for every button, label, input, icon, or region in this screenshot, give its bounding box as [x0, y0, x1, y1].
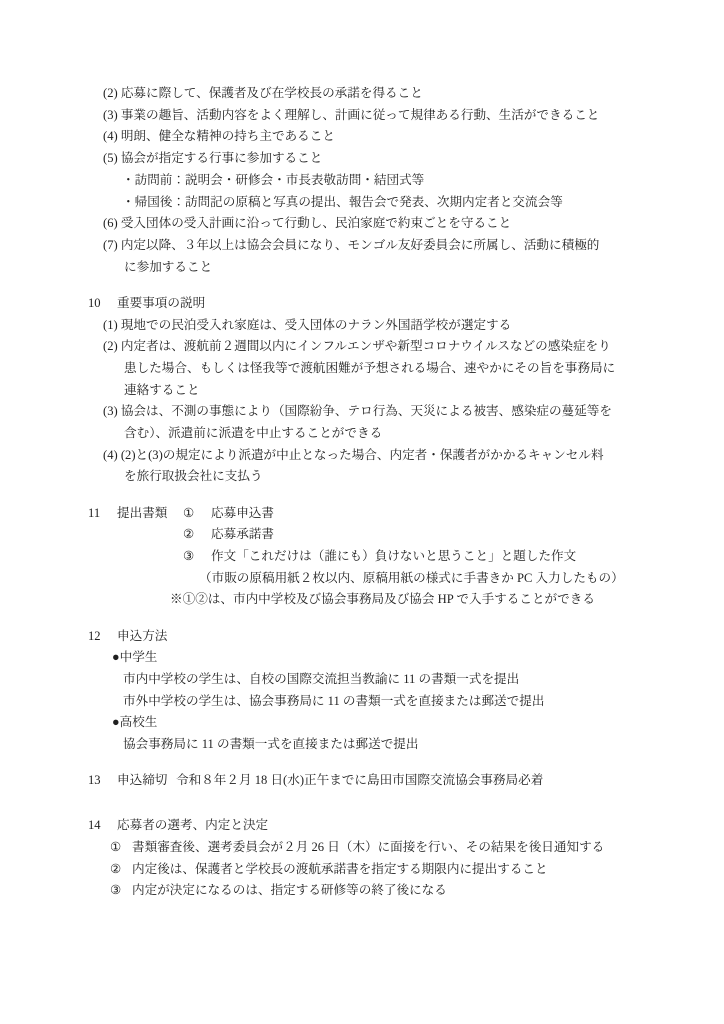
document-2-label: 応募承諾書: [211, 527, 274, 541]
eligibility-item-7: (7) 内定以降、３年以上は協会会員になり、モンゴル友好委員会に所属し、活動に積…: [103, 235, 724, 257]
section-10-item-2-cont: 患した場合、もしくは怪我等で渡航困難が予想される場合、速やかにその旨を事務局に: [124, 358, 724, 380]
document-page: (2) 応募に際して、保護者及び在学校長の承諾を得ること (3) 事業の趣旨、活…: [0, 0, 724, 1024]
section-10-title: 重要事項の説明: [117, 296, 205, 310]
eligibility-item-5-before: ・訪問前：説明会・研修会・市長表敬訪問・結団式等: [122, 170, 724, 192]
group-high-school-label: ●高校生: [112, 712, 724, 734]
document-1-label: 応募申込書: [211, 506, 274, 520]
section-13-deadline: 令和８年２月 18 日(水)正午までに島田市国際交流協会事務局必着: [176, 773, 543, 787]
section-13-number: 13: [88, 770, 117, 792]
section-14-number: 14: [88, 815, 117, 837]
section-13-title: 申込締切: [117, 770, 176, 792]
eligibility-item-5-after: ・帰国後：訪問記の原稿と写真の提出、報告会で発表、次期内定者と交流会等: [122, 192, 724, 214]
group-junior-high-label: ●中学生: [112, 647, 724, 669]
document-body: (2) 応募に際して、保護者及び在学校長の承諾を得ること (3) 事業の趣旨、活…: [0, 83, 724, 902]
section-10-item-3-cont: 含む）、派遣前に派遣を中止することができる: [124, 423, 724, 445]
document-2-marker: ②: [183, 524, 211, 546]
step-2-text: 内定後は、保護者と学校長の渡航承諾書を指定する期限内に提出すること: [132, 862, 548, 876]
section-10-number: 10: [88, 293, 117, 315]
section-11-note: ※①②は、市内中学校及び協会事務局及び協会 HP で入手することができる: [170, 589, 724, 611]
step-1-text: 書類審査後、選考委員会が２月 26 日（木）に面接を行い、その結果を後日通知する: [132, 840, 604, 854]
document-2-line: ②応募承諾書: [183, 524, 724, 546]
eligibility-item-7-cont: に参加すること: [124, 257, 724, 279]
step-3-text: 内定が決定になるのは、指定する研修等の終了後になる: [132, 883, 447, 897]
section-13-line: 13申込締切令和８年２月 18 日(水)正午までに島田市国際交流協会事務局必着: [88, 770, 724, 792]
step-3-marker: ③: [110, 880, 132, 902]
selection-step-3: ③内定が決定になるのは、指定する研修等の終了後になる: [110, 880, 724, 902]
document-3-label: 作文「これだけは（誰にも）負けないと思うこと」と題した作文: [211, 549, 576, 563]
eligibility-item-5: (5) 協会が指定する行事に参加すること: [103, 148, 724, 170]
document-1-marker: ①: [183, 503, 211, 525]
document-3-marker: ③: [183, 546, 211, 568]
section-12-title: 申込方法: [117, 629, 167, 643]
section-10-item-3: (3) 協会は、不測の事態により（国際紛争、テロ行為、天災による被害、感染症の蔓…: [103, 401, 724, 423]
eligibility-item-4: (4) 明朗、健全な精神の持ち主であること: [103, 126, 724, 148]
section-11-title: 提出書類: [117, 503, 183, 525]
section-10-item-2: (2) 内定者は、渡航前２週間以内にインフルエンザや新型コロナウイルスなどの感染…: [103, 336, 724, 358]
section-10-item-4: (4) (2)と(3)の規定により派遣が中止となった場合、内定者・保護者がかかる…: [103, 445, 724, 467]
section-14-title: 応募者の選考、内定と決定: [117, 818, 268, 832]
eligibility-item-3: (3) 事業の趣旨、活動内容をよく理解し、計画に従って規律ある行動、生活ができる…: [103, 105, 724, 127]
group-junior-high-line-1: 市内中学校の学生は、自校の国際交流担当教諭に 11 の書類一式を提出: [123, 669, 724, 691]
group-high-school-line-1: 協会事務局に 11 の書類一式を直接または郵送で提出: [123, 734, 724, 756]
selection-step-1: ①書類審査後、選考委員会が２月 26 日（木）に面接を行い、その結果を後日通知す…: [110, 837, 724, 859]
document-3-detail: （市販の原稿用紙２枚以内、原稿用紙の様式に手書きか PC 入力したもの）: [199, 568, 724, 590]
section-10-heading: 10重要事項の説明: [88, 293, 724, 315]
section-12-number: 12: [88, 626, 117, 648]
section-10-item-2-cont: 連絡すること: [124, 380, 724, 402]
section-14-heading: 14応募者の選考、内定と決定: [88, 815, 724, 837]
section-11-heading: 11提出書類①応募申込書: [88, 503, 724, 525]
section-10-item-1: (1) 現地での民泊受入れ家庭は、受入団体のナラン外国語学校が選定する: [103, 315, 724, 337]
section-10-item-4-cont: を旅行取扱会社に支払う: [124, 466, 724, 488]
group-junior-high-line-2: 市外中学校の学生は、協会事務局に 11 の書類一式を直接または郵送で提出: [123, 691, 724, 713]
eligibility-item-6: (6) 受入団体の受入計画に沿って行動し、民泊家庭で約束ごとを守ること: [103, 213, 724, 235]
selection-step-2: ②内定後は、保護者と学校長の渡航承諾書を指定する期限内に提出すること: [110, 859, 724, 881]
eligibility-item-2: (2) 応募に際して、保護者及び在学校長の承諾を得ること: [103, 83, 724, 105]
step-2-marker: ②: [110, 859, 132, 881]
step-1-marker: ①: [110, 837, 132, 859]
section-12-heading: 12申込方法: [88, 626, 724, 648]
section-11-number: 11: [88, 503, 117, 525]
document-3-line: ③作文「これだけは（誰にも）負けないと思うこと」と題した作文: [183, 546, 724, 568]
